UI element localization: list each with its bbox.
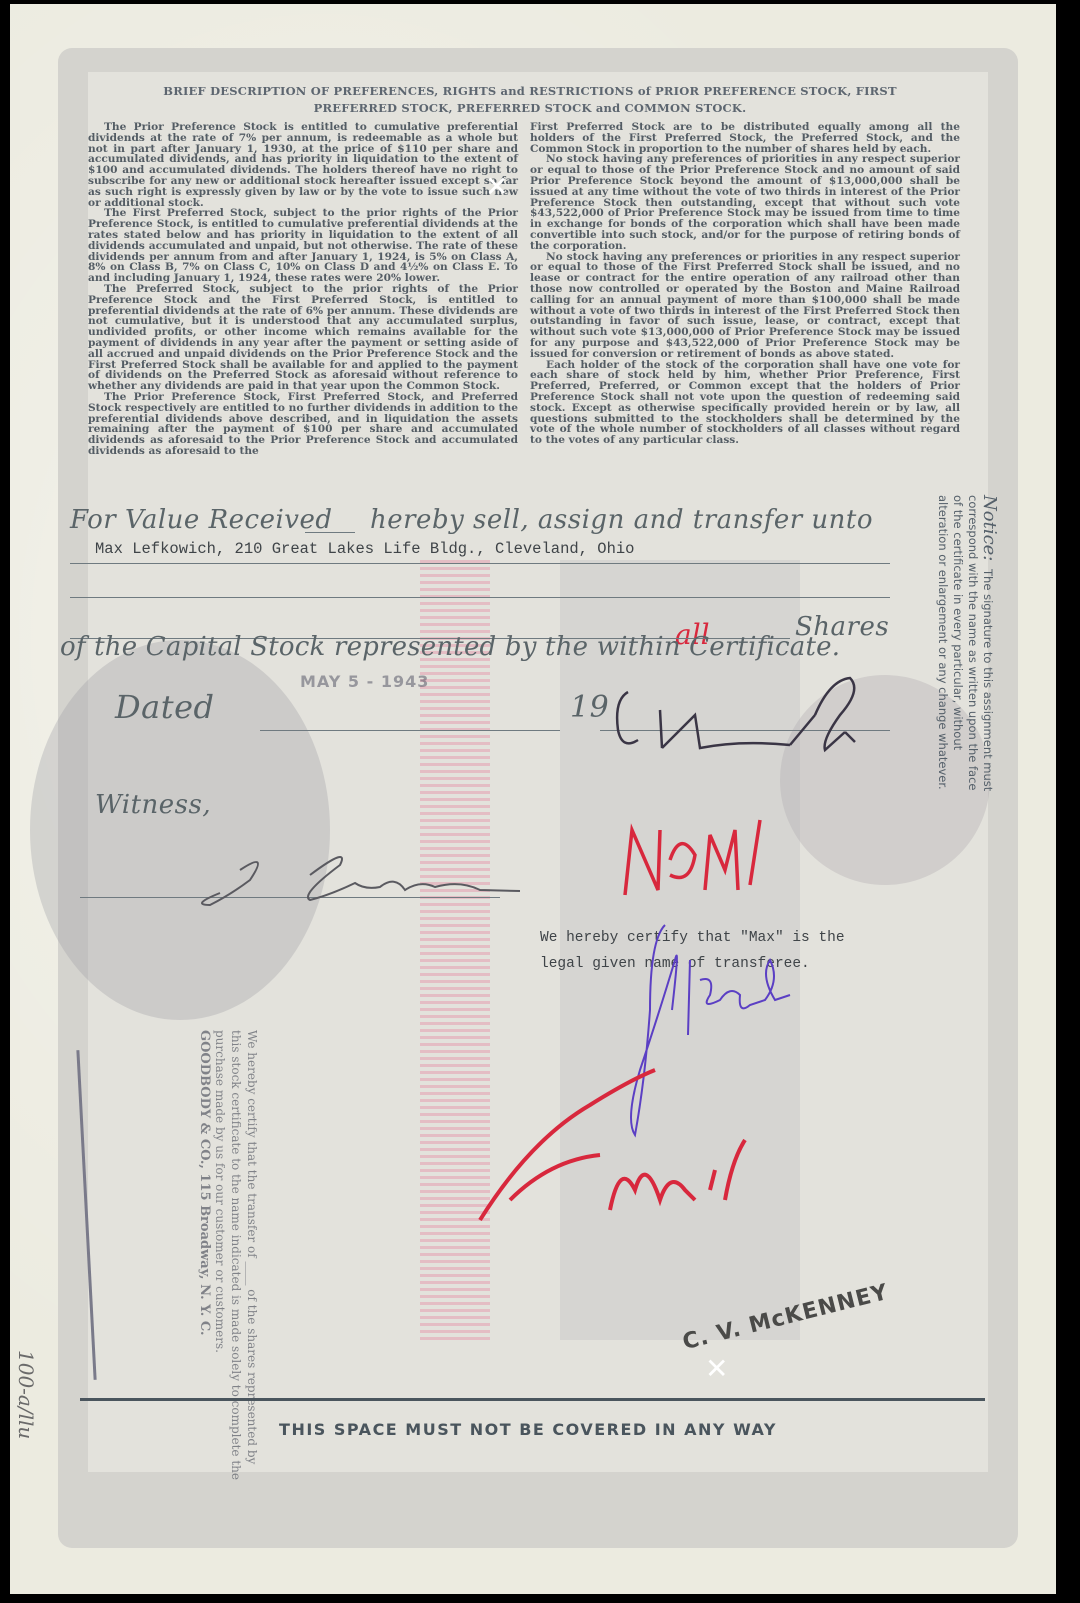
transferee-field[interactable]: Max Lefkowich, 210 Great Lakes Life Bldg…	[95, 540, 635, 558]
for-value-received-label: For Value Received	[70, 505, 333, 535]
footer-rule	[80, 1398, 985, 1401]
transferee-line	[70, 563, 890, 564]
footer-warning: THIS SPACE MUST NOT BE COVERED IN ANY WA…	[0, 1420, 1056, 1439]
capital-stock-label: of the Capital Stock represented by the …	[60, 632, 840, 662]
witness-signature	[180, 835, 600, 915]
assignor-signature	[600, 670, 880, 760]
description-header: BRIEF DESCRIPTION OF PREFERENCES, RIGHTS…	[110, 83, 950, 117]
date-stamp: MAY 5 - 1943	[300, 672, 429, 691]
paragraph-prior-restrictions: No stock having any preferences of prior…	[530, 154, 960, 251]
paragraph-prior-preference: The Prior Preference Stock is entitled t…	[88, 122, 518, 208]
paragraph-voting: Each holder of the stock of the corporat…	[530, 360, 960, 446]
sell-assign-label: hereby sell, assign and transfer unto	[370, 505, 873, 535]
date-line	[260, 730, 560, 731]
paragraph-preferred: The Preferred Stock, subject to the prio…	[88, 284, 518, 392]
paragraph-liquidation: The Prior Preference Stock, First Prefer…	[88, 392, 518, 457]
punch-hole: ✕	[485, 170, 508, 203]
header-line-2: PREFERRED STOCK, PREFERRED STOCK and COM…	[110, 100, 950, 117]
punch-hole-2: ✕	[705, 1352, 728, 1385]
red-mail-annotation: Mail	[470, 1050, 810, 1230]
svg-text:Mail: Mail	[619, 1155, 738, 1215]
paragraph-first-restrictions: No stock having any preferences or prior…	[530, 252, 960, 360]
blank-line	[70, 597, 890, 598]
notice-title: Notice:	[979, 495, 1000, 561]
red-initials	[610, 800, 790, 910]
witness-label: Witness,	[95, 790, 211, 820]
assignor-blank	[305, 532, 355, 533]
right-column: First Preferred Stock are to be distribu…	[530, 122, 960, 446]
dated-label: Dated	[115, 688, 215, 726]
paragraph-distribution: First Preferred Stock are to be distribu…	[530, 122, 960, 154]
paragraph-first-preferred: The First Preferred Stock, subject to th…	[88, 208, 518, 284]
left-column: The Prior Preference Stock is entitled t…	[88, 122, 518, 457]
header-line-1: BRIEF DESCRIPTION OF PREFERENCES, RIGHTS…	[110, 83, 950, 100]
margin-pencil-note: 100-a/llu	[14, 1350, 38, 1439]
notice-text: Notice: The signature to this assignment…	[905, 495, 997, 795]
